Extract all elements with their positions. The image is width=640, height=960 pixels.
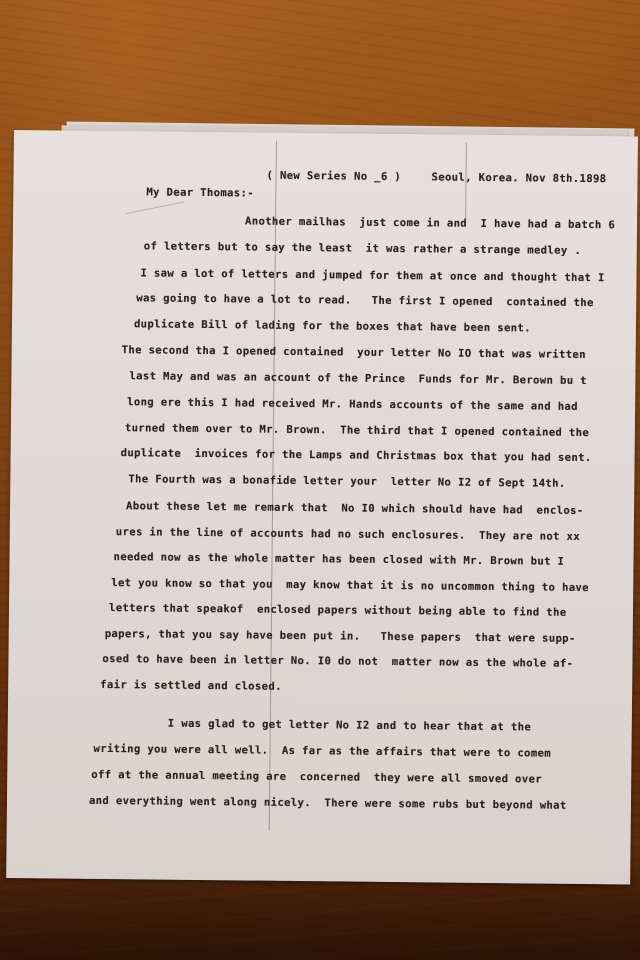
letter-line: fair is settled and closed. <box>100 680 282 692</box>
letter-line: writing you were all well. As far as the… <box>93 744 551 759</box>
letter-line: duplicate invoices for the Lamps and Chr… <box>121 448 592 464</box>
letter-line: About these let me remark that No I0 whi… <box>126 501 584 516</box>
letter-line: last May and was an account of the Princ… <box>129 371 587 386</box>
letter-line: osed to have been in letter No. I0 do no… <box>102 654 573 670</box>
letter-line: I saw a lot of letters and jumped for th… <box>140 268 604 283</box>
letter-line: The Fourth was a bonafide letter your le… <box>128 474 565 489</box>
letter-line: Another mailhas just come in and I have … <box>245 216 615 230</box>
letter-line: ures in the line of accounts had no such… <box>116 527 580 542</box>
letter-line: off at the annual meeting are concerned … <box>91 770 542 785</box>
letter-line: long ere this I had received Mr. Hands a… <box>127 397 578 412</box>
letter-line: letters that speakof enclosed papers wit… <box>109 603 567 618</box>
letter-line: let you know so that you may know that i… <box>111 578 589 594</box>
letter-line: and everything went along nicely. There … <box>89 796 567 812</box>
salutation: My Dear Thomas:- <box>146 187 254 199</box>
letter-line: of letters but to say the least it was r… <box>144 241 581 256</box>
letter-line: The second tha I opened contained your l… <box>122 345 586 360</box>
letter-page: ( New Series No _6 ) Seoul, Korea. Nov 8… <box>6 130 638 884</box>
letter-line: papers, that you say have been put in. T… <box>105 629 576 645</box>
letter-line: needed now as the whole matter has been … <box>113 552 564 567</box>
letter-line: turned them over to Mr. Brown. The third… <box>125 423 589 438</box>
letter-line: duplicate Bill of lading for the boxes t… <box>134 319 531 334</box>
place-and-date: Seoul, Korea. Nov 8th.1898 <box>431 172 606 184</box>
series-number: ( New Series No _6 ) <box>266 171 401 183</box>
letter-line: was going to have a lot to read. The fir… <box>136 293 594 308</box>
letter-line: I was glad to get letter No I2 and to he… <box>168 719 531 733</box>
